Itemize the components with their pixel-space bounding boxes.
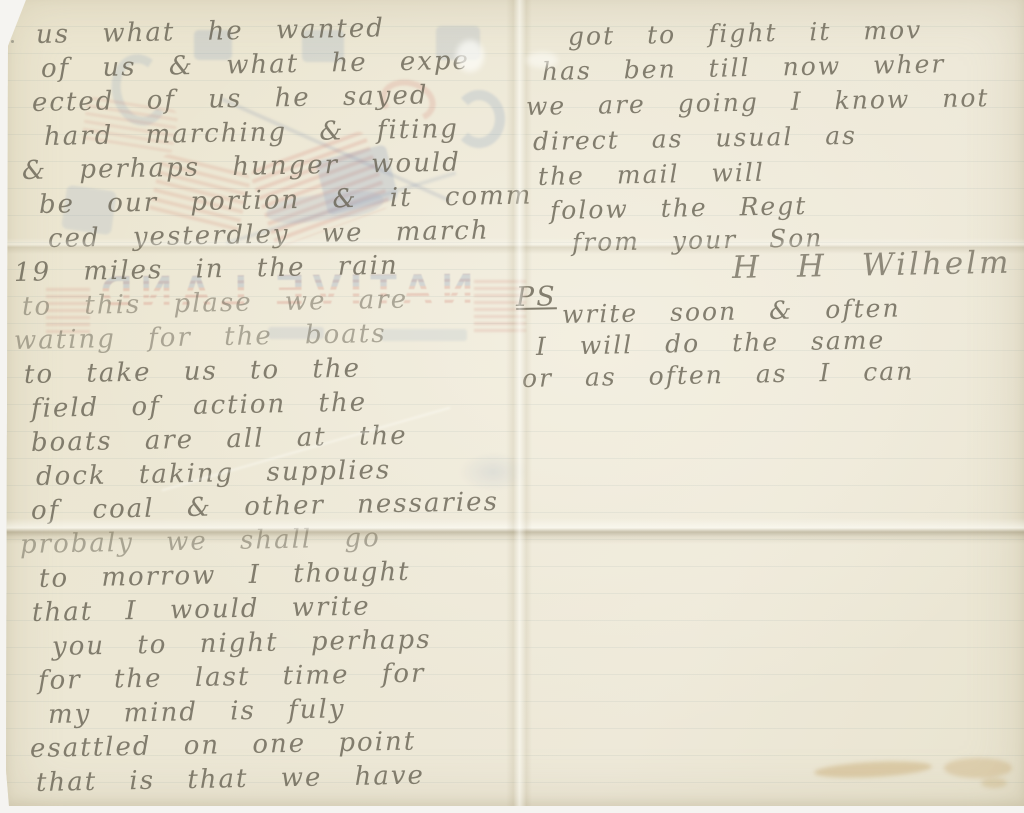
paper-scuff xyxy=(526,52,558,68)
handwritten-line: the mail will xyxy=(538,158,765,191)
scanned-letter-photo: { "document": { "bleedthrough_text": "NA… xyxy=(0,0,1024,813)
paper-scuff xyxy=(456,40,484,72)
edge-speck xyxy=(11,40,14,43)
vertical-center-fold xyxy=(506,0,532,806)
handwritten-line: direct as usual as xyxy=(533,121,858,156)
handwritten-line: folow the Regt xyxy=(550,191,808,225)
handwritten-line: my mind is fuly xyxy=(48,694,346,730)
letter-sheet: NATIVE LAND us what he wanted of us & wh… xyxy=(6,0,1024,806)
edge-speck xyxy=(6,50,7,54)
paper-stain xyxy=(981,778,1007,788)
paper-stain xyxy=(944,758,1012,778)
